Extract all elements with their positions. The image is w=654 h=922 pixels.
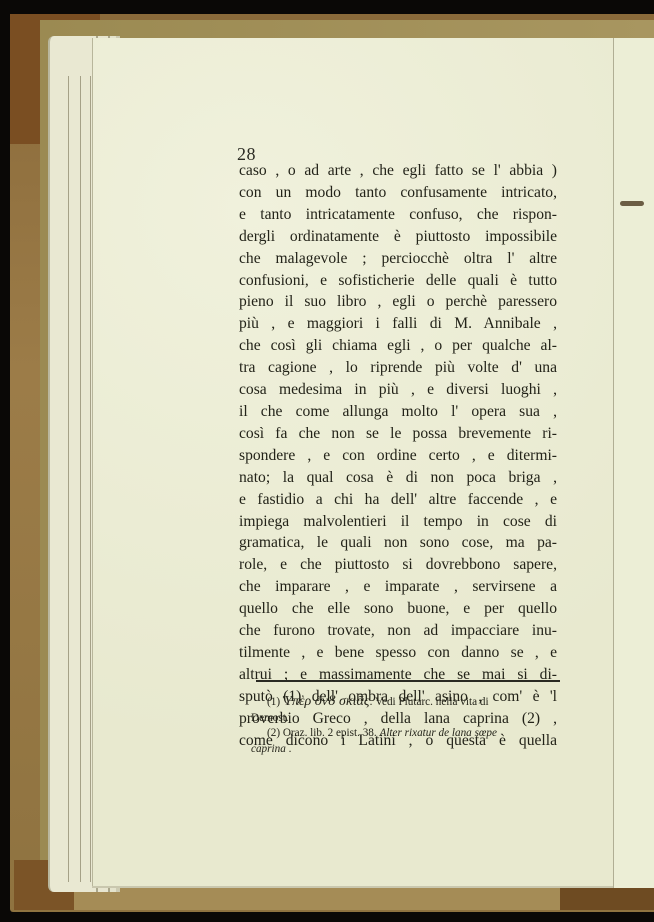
text-line: dergli ordinatamente è piuttosto impossi… [239,226,557,248]
text-line: tra cagione , lo riprende più volte d' u… [239,357,557,379]
text-line: altrui ; e massimamente che se mai si di… [239,664,557,686]
text-line: nato; la qual cosa è di non poca briga , [239,467,557,489]
text-line: tilmente , e bene spesso con danno se , … [239,642,557,664]
text-line: gramatica, le quali non sono cose, ma pa… [239,532,557,554]
page-edge-line [90,76,91,882]
text-line: che così gli chiama egli , o per qualche… [239,335,557,357]
text-line: e fastidio a chi ha dell' altre faccende… [239,489,557,511]
text-line: impiega malvolentieri il tempo in cose d… [239,511,557,533]
text-line: con un modo tanto confusamente intricato… [239,182,557,204]
text-line: che malagevole ; perciocchè oltra l' alt… [239,248,557,270]
footnote-marker: (2) [267,727,280,739]
text-line: così fa che non se le possa brevemente r… [239,423,557,445]
binding-thread-mark [620,201,644,206]
footnote-end: . [289,743,292,755]
text-line: spondere , e con ordine certo , e diterm… [239,445,557,467]
footnote-text: . Vedi Plutarc. nella vita di [370,696,489,708]
latin-quote-cont: caprina [251,743,286,755]
page-edge-line [80,76,81,882]
page-edge-line [68,76,69,882]
text-line: confusioni, e sofisticherie delle quali … [239,270,557,292]
text-line: quello che elle sono buone, e per quello [239,598,557,620]
greek-phrase: Ὑπὲρ ὄνȣ σκιᾶς [283,694,370,709]
latin-quote: Alter rixatur de lana sœpe [379,727,496,739]
text-line: che furono trovate, non ad impacciare in… [239,620,557,642]
text-line: il che come allunga molto l' opera sua , [239,401,557,423]
text-line: che imparare , e imparate , servirsene a [239,576,557,598]
text-line: cosa medesima in più , e diversi luoghi … [239,379,557,401]
text-line: e tanto intricatamente confuso, che risp… [239,204,557,226]
footnote-2-continuation: caprina . [251,742,561,758]
book-page: 28 caso , o ad arte , che egli fatto se … [92,38,613,886]
body-text: caso , o ad arte , che egli fatto se l' … [239,160,557,751]
text-line: pieno il suo libro , egli o perchè pares… [239,291,557,313]
footnotes: (1) Ὑπὲρ ὄνȣ σκιᾶς. Vedi Plutarc. nella … [251,694,561,757]
facing-page-edge [612,38,654,888]
footnote-text: Oraz. lib. 2 epist. 38. [283,727,377,739]
text-line: role, e che piuttosto si dovrebbono sape… [239,554,557,576]
text-line: caso , o ad arte , che egli fatto se l' … [239,160,557,182]
footnote-2: (2) Oraz. lib. 2 epist. 38. Alter rixatu… [251,726,561,742]
footnote-1-continuation: Demost. [251,711,561,727]
footnote-separator-rule [256,680,560,682]
footnote-1: (1) Ὑπὲρ ὄνȣ σκιᾶς. Vedi Plutarc. nella … [251,694,561,711]
text-line: più , e maggiori i falli di M. Annibale … [239,313,557,335]
footnote-marker: (1) [267,696,280,708]
